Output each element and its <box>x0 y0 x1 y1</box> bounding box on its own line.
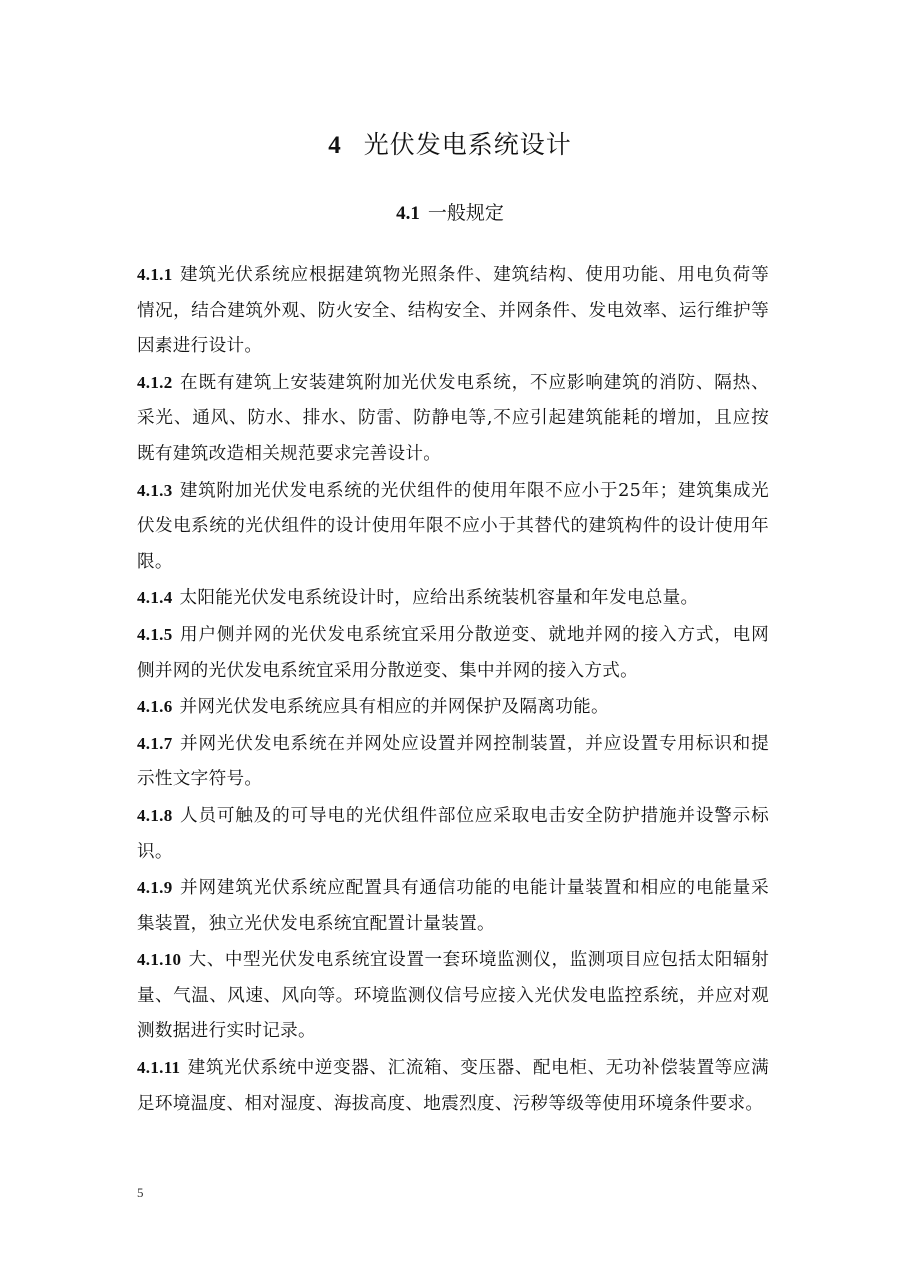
clause-4-1-7: 4.1.7并网光伏发电系统在并网处应设置并网控制装置，并应设置专用标识和提示性文… <box>137 726 769 798</box>
clause-text: 建筑附加光伏发电系统的光伏组件的使用年限不应小于25年；建筑集成光伏发电系统的光… <box>137 481 769 572</box>
clause-number: 4.1.1 <box>137 265 173 284</box>
clause-number: 4.1.6 <box>137 697 173 716</box>
clause-4-1-9: 4.1.9并网建筑光伏系统应配置具有通信功能的电能计量装置和相应的电能量采集装置… <box>137 870 769 942</box>
clause-number: 4.1.11 <box>137 1058 180 1077</box>
clause-4-1-1: 4.1.1建筑光伏系统应根据建筑物光照条件、建筑结构、使用功能、用电负荷等情况，… <box>137 257 769 365</box>
chapter-number: 4 <box>328 132 342 159</box>
clause-number: 4.1.8 <box>137 806 173 825</box>
clause-4-1-8: 4.1.8人员可触及的可导电的光伏组件部位应采取电击安全防护措施并设警示标识。 <box>137 798 769 870</box>
clause-list: 4.1.1建筑光伏系统应根据建筑物光照条件、建筑结构、使用功能、用电负荷等情况，… <box>137 257 769 1122</box>
section-heading: 4.1一般规定 <box>0 199 900 228</box>
clause-4-1-2: 4.1.2在既有建筑上安装建筑附加光伏发电系统，不应影响建筑的消防、隔热、采光、… <box>137 365 769 473</box>
clause-4-1-3: 4.1.3建筑附加光伏发电系统的光伏组件的使用年限不应小于25年；建筑集成光伏发… <box>137 473 769 581</box>
clause-number: 4.1.7 <box>137 734 173 753</box>
clause-text: 太阳能光伏发电系统设计时，应给出系统装机容量和年发电总量。 <box>180 588 699 608</box>
clause-number: 4.1.10 <box>137 950 181 969</box>
clause-text: 人员可触及的可导电的光伏组件部位应采取电击安全防护措施并设警示标识。 <box>137 806 769 862</box>
document-page: 4光伏发电系统设计 4.1一般规定 4.1.1建筑光伏系统应根据建筑物光照条件、… <box>0 0 900 1272</box>
page-number: 5 <box>137 1185 144 1201</box>
clause-text: 建筑光伏系统应根据建筑物光照条件、建筑结构、使用功能、用电负荷等情况，结合建筑外… <box>137 265 769 356</box>
clause-number: 4.1.4 <box>137 588 173 607</box>
clause-number: 4.1.2 <box>137 373 173 392</box>
clause-text: 在既有建筑上安装建筑附加光伏发电系统，不应影响建筑的消防、隔热、采光、通风、防水… <box>137 373 769 464</box>
clause-number: 4.1.5 <box>137 625 173 644</box>
section-title: 一般规定 <box>428 202 504 224</box>
chapter-heading: 4光伏发电系统设计 <box>0 128 900 163</box>
section-number: 4.1 <box>396 203 420 224</box>
clause-4-1-6: 4.1.6并网光伏发电系统应具有相应的并网保护及隔离功能。 <box>137 689 769 726</box>
clause-text: 建筑光伏系统中逆变器、汇流箱、变压器、配电柜、无功补偿装置等应满足环境温度、相对… <box>137 1058 769 1114</box>
clause-text: 用户侧并网的光伏发电系统宜采用分散逆变、就地并网的接入方式，电网侧并网的光伏发电… <box>137 625 769 681</box>
chapter-title: 光伏发电系统设计 <box>364 130 572 159</box>
clause-text: 并网光伏发电系统在并网处应设置并网控制装置，并应设置专用标识和提示性文字符号。 <box>137 734 769 790</box>
clause-4-1-11: 4.1.11建筑光伏系统中逆变器、汇流箱、变压器、配电柜、无功补偿装置等应满足环… <box>137 1050 769 1122</box>
clause-text: 并网光伏发电系统应具有相应的并网保护及隔离功能。 <box>180 697 609 717</box>
clause-4-1-10: 4.1.10大、中型光伏发电系统宜设置一套环境监测仪，监测项目应包括太阳辐射量、… <box>137 942 769 1050</box>
clause-number: 4.1.3 <box>137 481 173 500</box>
clause-text: 并网建筑光伏系统应配置具有通信功能的电能计量装置和相应的电能量采集装置，独立光伏… <box>137 878 769 934</box>
clause-4-1-4: 4.1.4太阳能光伏发电系统设计时，应给出系统装机容量和年发电总量。 <box>137 580 769 617</box>
clause-4-1-5: 4.1.5用户侧并网的光伏发电系统宜采用分散逆变、就地并网的接入方式，电网侧并网… <box>137 617 769 689</box>
clause-text: 大、中型光伏发电系统宜设置一套环境监测仪，监测项目应包括太阳辐射量、气温、风速、… <box>137 950 769 1041</box>
clause-number: 4.1.9 <box>137 878 173 897</box>
